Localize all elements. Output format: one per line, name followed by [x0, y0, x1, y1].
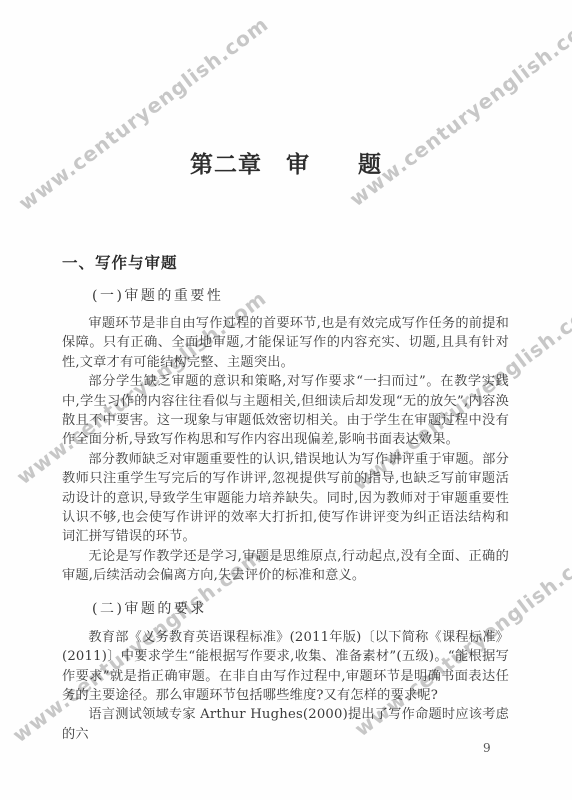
subsection-2-heading: (二)审题的要求	[92, 601, 509, 617]
paragraph: 教育部《义务教育英语课程标准》(2011年版)〔以下简称《课程标准》(2011)…	[62, 628, 509, 706]
page-number: 9	[483, 741, 491, 755]
watermark-text: www.centuryenglish.com	[14, 12, 273, 215]
paragraph: 语言测试领域专家 Arthur Hughes(2000)提出了写作命题时应该考虑…	[62, 705, 509, 744]
section-heading: 一、写作与审题	[62, 254, 509, 272]
chapter-title: 第二章 审 题	[0, 146, 572, 179]
page-body: 一、写作与审题 (一)审题的重要性 审题环节是非自由写作过程的首要环节,也是有效…	[62, 254, 509, 744]
watermark-text: www.centuryenglish.com	[345, 8, 572, 211]
book-page: www.centuryenglish.com www.centuryenglis…	[0, 0, 572, 800]
paragraph: 无论是写作教学还是学习,审题是思维原点,行动起点,没有全面、正确的审题,后续活动…	[62, 547, 509, 586]
paragraph: 部分学生缺乏审题的意识和策略,对写作要求“一扫而过”。在教学实践中,学生习作的内…	[62, 372, 509, 450]
paragraph: 部分教师缺乏对审题重要性的认识,错误地认为写作讲评重于审题。部分教师只注重学生写…	[62, 450, 509, 547]
paragraph: 审题环节是非自由写作过程的首要环节,也是有效完成写作任务的前提和保障。只有正确、…	[62, 314, 509, 372]
subsection-1-heading: (一)审题的重要性	[92, 288, 509, 304]
